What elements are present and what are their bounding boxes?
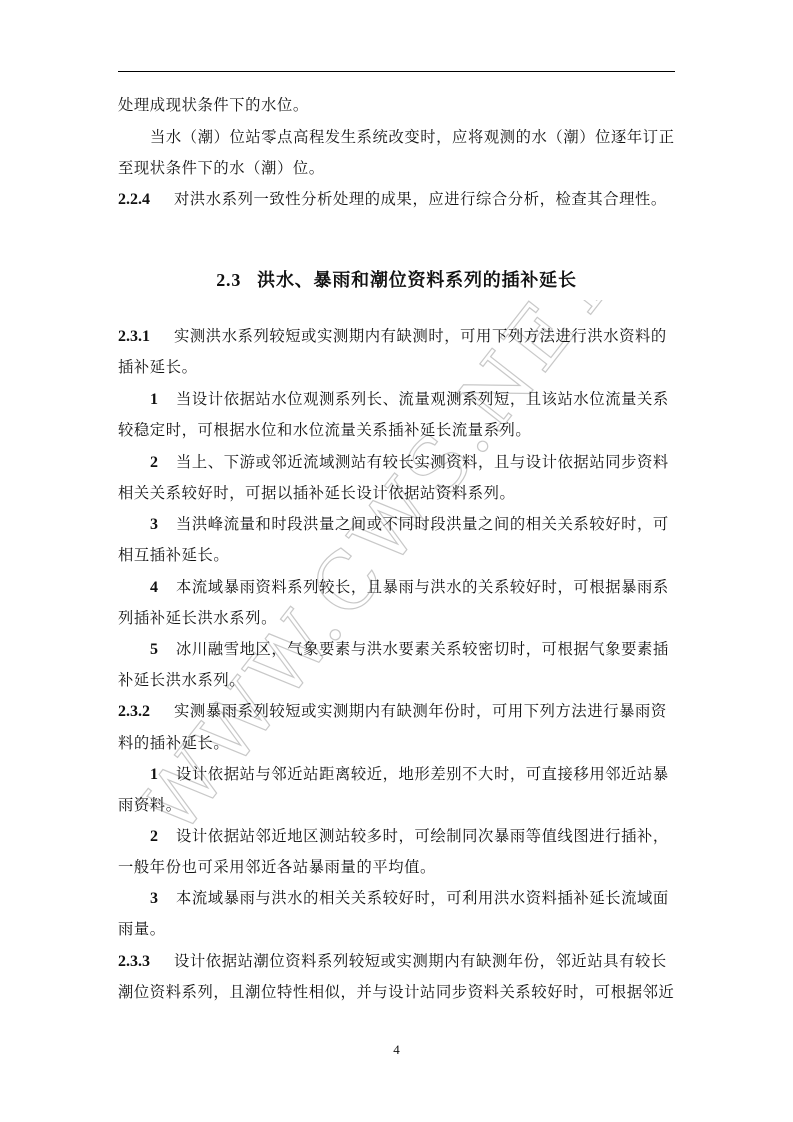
- clause-number: 2.3.2: [118, 702, 174, 722]
- clause-number: 2.2.4: [118, 190, 174, 210]
- section-heading: 2.3洪水、暴雨和潮位资料系列的插补延长: [0, 266, 793, 292]
- clause-2-3-3: 2.3.3设计依据站潮位资料系列较短或实测期内有缺测年份，邻近站具有较长: [118, 951, 678, 972]
- body-line: 至现状条件下的水（潮）位。: [118, 158, 678, 178]
- item-number: 2: [150, 827, 176, 847]
- body-line: 较稳定时，可根据水位和水位流量关系插补延长流量系列。: [118, 420, 678, 440]
- body-line: 雨资料。: [118, 795, 678, 815]
- list-item: 1当设计依据站水位观测系列长、流量观测系列短，且该站水位流量关系: [150, 389, 678, 410]
- clause-number: 2.3.3: [118, 952, 174, 972]
- list-item: 2当上、下游或邻近流域测站有较长实测资料，且与设计依据站同步资料: [150, 452, 678, 473]
- body-line: 列插补延长洪水系列。: [118, 608, 678, 628]
- list-item: 2设计依据站邻近地区测站较多时，可绘制同次暴雨等值线图进行插补，: [150, 826, 678, 847]
- item-number: 5: [150, 640, 176, 660]
- body-line: 料的插补延长。: [118, 733, 678, 753]
- section-title: 洪水、暴雨和潮位资料系列的插补延长: [257, 270, 577, 291]
- list-item: 4本流域暴雨资料系列较长，且暴雨与洪水的关系较好时，可根据暴雨系: [150, 577, 678, 598]
- page-number: 4: [0, 1042, 793, 1058]
- item-number: 4: [150, 578, 176, 598]
- item-number: 1: [150, 390, 176, 410]
- body-line: 一般年份也可采用邻近各站暴雨量的平均值。: [118, 857, 678, 877]
- body-line: 处理成现状条件下的水位。: [118, 95, 678, 115]
- clause-number: 2.3.1: [118, 327, 174, 347]
- body-line: 插补延长。: [118, 357, 678, 377]
- item-number: 3: [150, 889, 176, 909]
- list-item: 3本流域暴雨与洪水的相关关系较好时，可利用洪水资料插补延长流域面: [150, 888, 678, 909]
- item-number: 3: [150, 515, 176, 535]
- body-line: 雨量。: [118, 919, 678, 939]
- item-number: 1: [150, 765, 176, 785]
- clause-2-3-1: 2.3.1实测洪水系列较短或实测期内有缺测时，可用下列方法进行洪水资料的: [118, 326, 678, 347]
- body-line: 相互插补延长。: [118, 545, 678, 565]
- clause-2-2-4: 2.2.4对洪水系列一致性分析处理的成果，应进行综合分析，检查其合理性。: [118, 189, 678, 210]
- list-item: 3当洪峰流量和时段洪量之间或不同时段洪量之间的相关关系较好时，可: [150, 514, 678, 535]
- body-line: 相关关系较好时，可据以插补延长设计依据站资料系列。: [118, 483, 678, 503]
- header-rule: [118, 71, 675, 72]
- section-number: 2.3: [216, 270, 241, 290]
- body-line: 补延长洪水系列。: [118, 670, 678, 690]
- body-line: 潮位资料系列，且潮位特性相似，并与设计站同步资料关系较好时，可根据邻近: [118, 982, 678, 1002]
- clause-2-3-2: 2.3.2实测暴雨系列较短或实测期内有缺测年份时，可用下列方法进行暴雨资: [118, 701, 678, 722]
- body-line: 当水（潮）位站零点高程发生系统改变时，应将观测的水（潮）位逐年订正: [150, 127, 678, 147]
- list-item: 1设计依据站与邻近站距离较近，地形差别不大时，可直接移用邻近站暴: [150, 764, 678, 785]
- item-number: 2: [150, 453, 176, 473]
- list-item: 5冰川融雪地区，气象要素与洪水要素关系较密切时，可根据气象要素插: [150, 639, 678, 660]
